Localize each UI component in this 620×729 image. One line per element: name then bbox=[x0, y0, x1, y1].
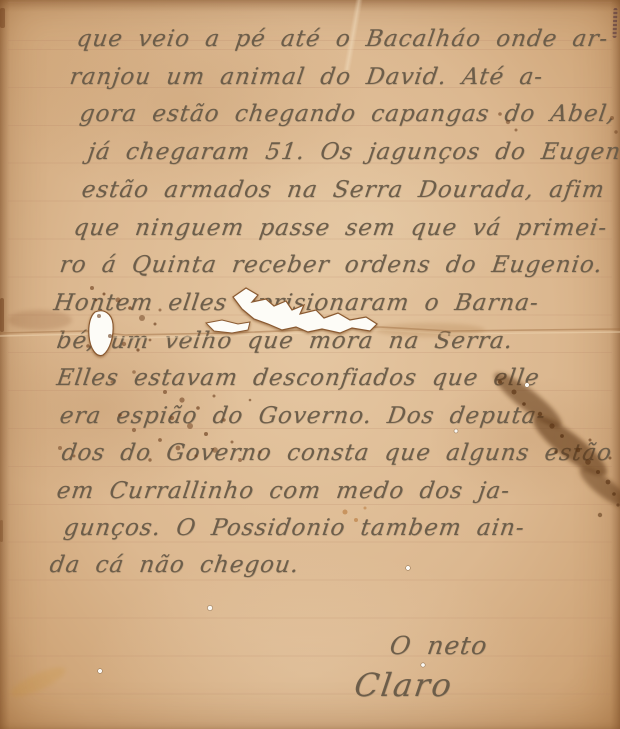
letter-line-8: Hontem elles aprisionaram o Barna- bbox=[52, 290, 541, 316]
letter-line-9: bé, um velho que mora na Serra. bbox=[55, 328, 515, 354]
signature-name: Claro bbox=[352, 666, 456, 704]
letter-line-14: gunços. O Possidonio tambem ain- bbox=[62, 515, 526, 541]
letter-line-3: gora estão chegando capangas do Abel, bbox=[78, 101, 617, 127]
letter-line-12: dos do Governo consta que alguns estão bbox=[60, 440, 614, 466]
letter-line-5: estão armados na Serra Dourada, afim bbox=[80, 177, 607, 203]
letter-line-7: ro á Quinta receber ordens do Eugenio. bbox=[58, 252, 605, 278]
letter-line-13: em Currallinho com medo dos ja- bbox=[55, 478, 512, 504]
signature-closing: O neto bbox=[388, 631, 490, 660]
letter-line-1: que veio a pé até o Bacalháo onde ar- bbox=[75, 26, 610, 52]
letter-line-6: que ninguem passe sem que vá primei- bbox=[72, 215, 609, 241]
letter-line-4: já chegaram 51. Os jagunços do Eugenio bbox=[86, 139, 620, 165]
letter-line-2: ranjou um animal do David. Até a- bbox=[68, 64, 545, 90]
letter-line-11: era espião do Governo. Dos deputa- bbox=[58, 403, 547, 429]
letter-line-15: da cá não chegou. bbox=[48, 552, 301, 578]
letter-page: que veio a pé até o Bacalháo onde ar- ra… bbox=[0, 0, 620, 729]
letter-line-10: Elles estavam desconfiados que elle bbox=[55, 365, 541, 391]
